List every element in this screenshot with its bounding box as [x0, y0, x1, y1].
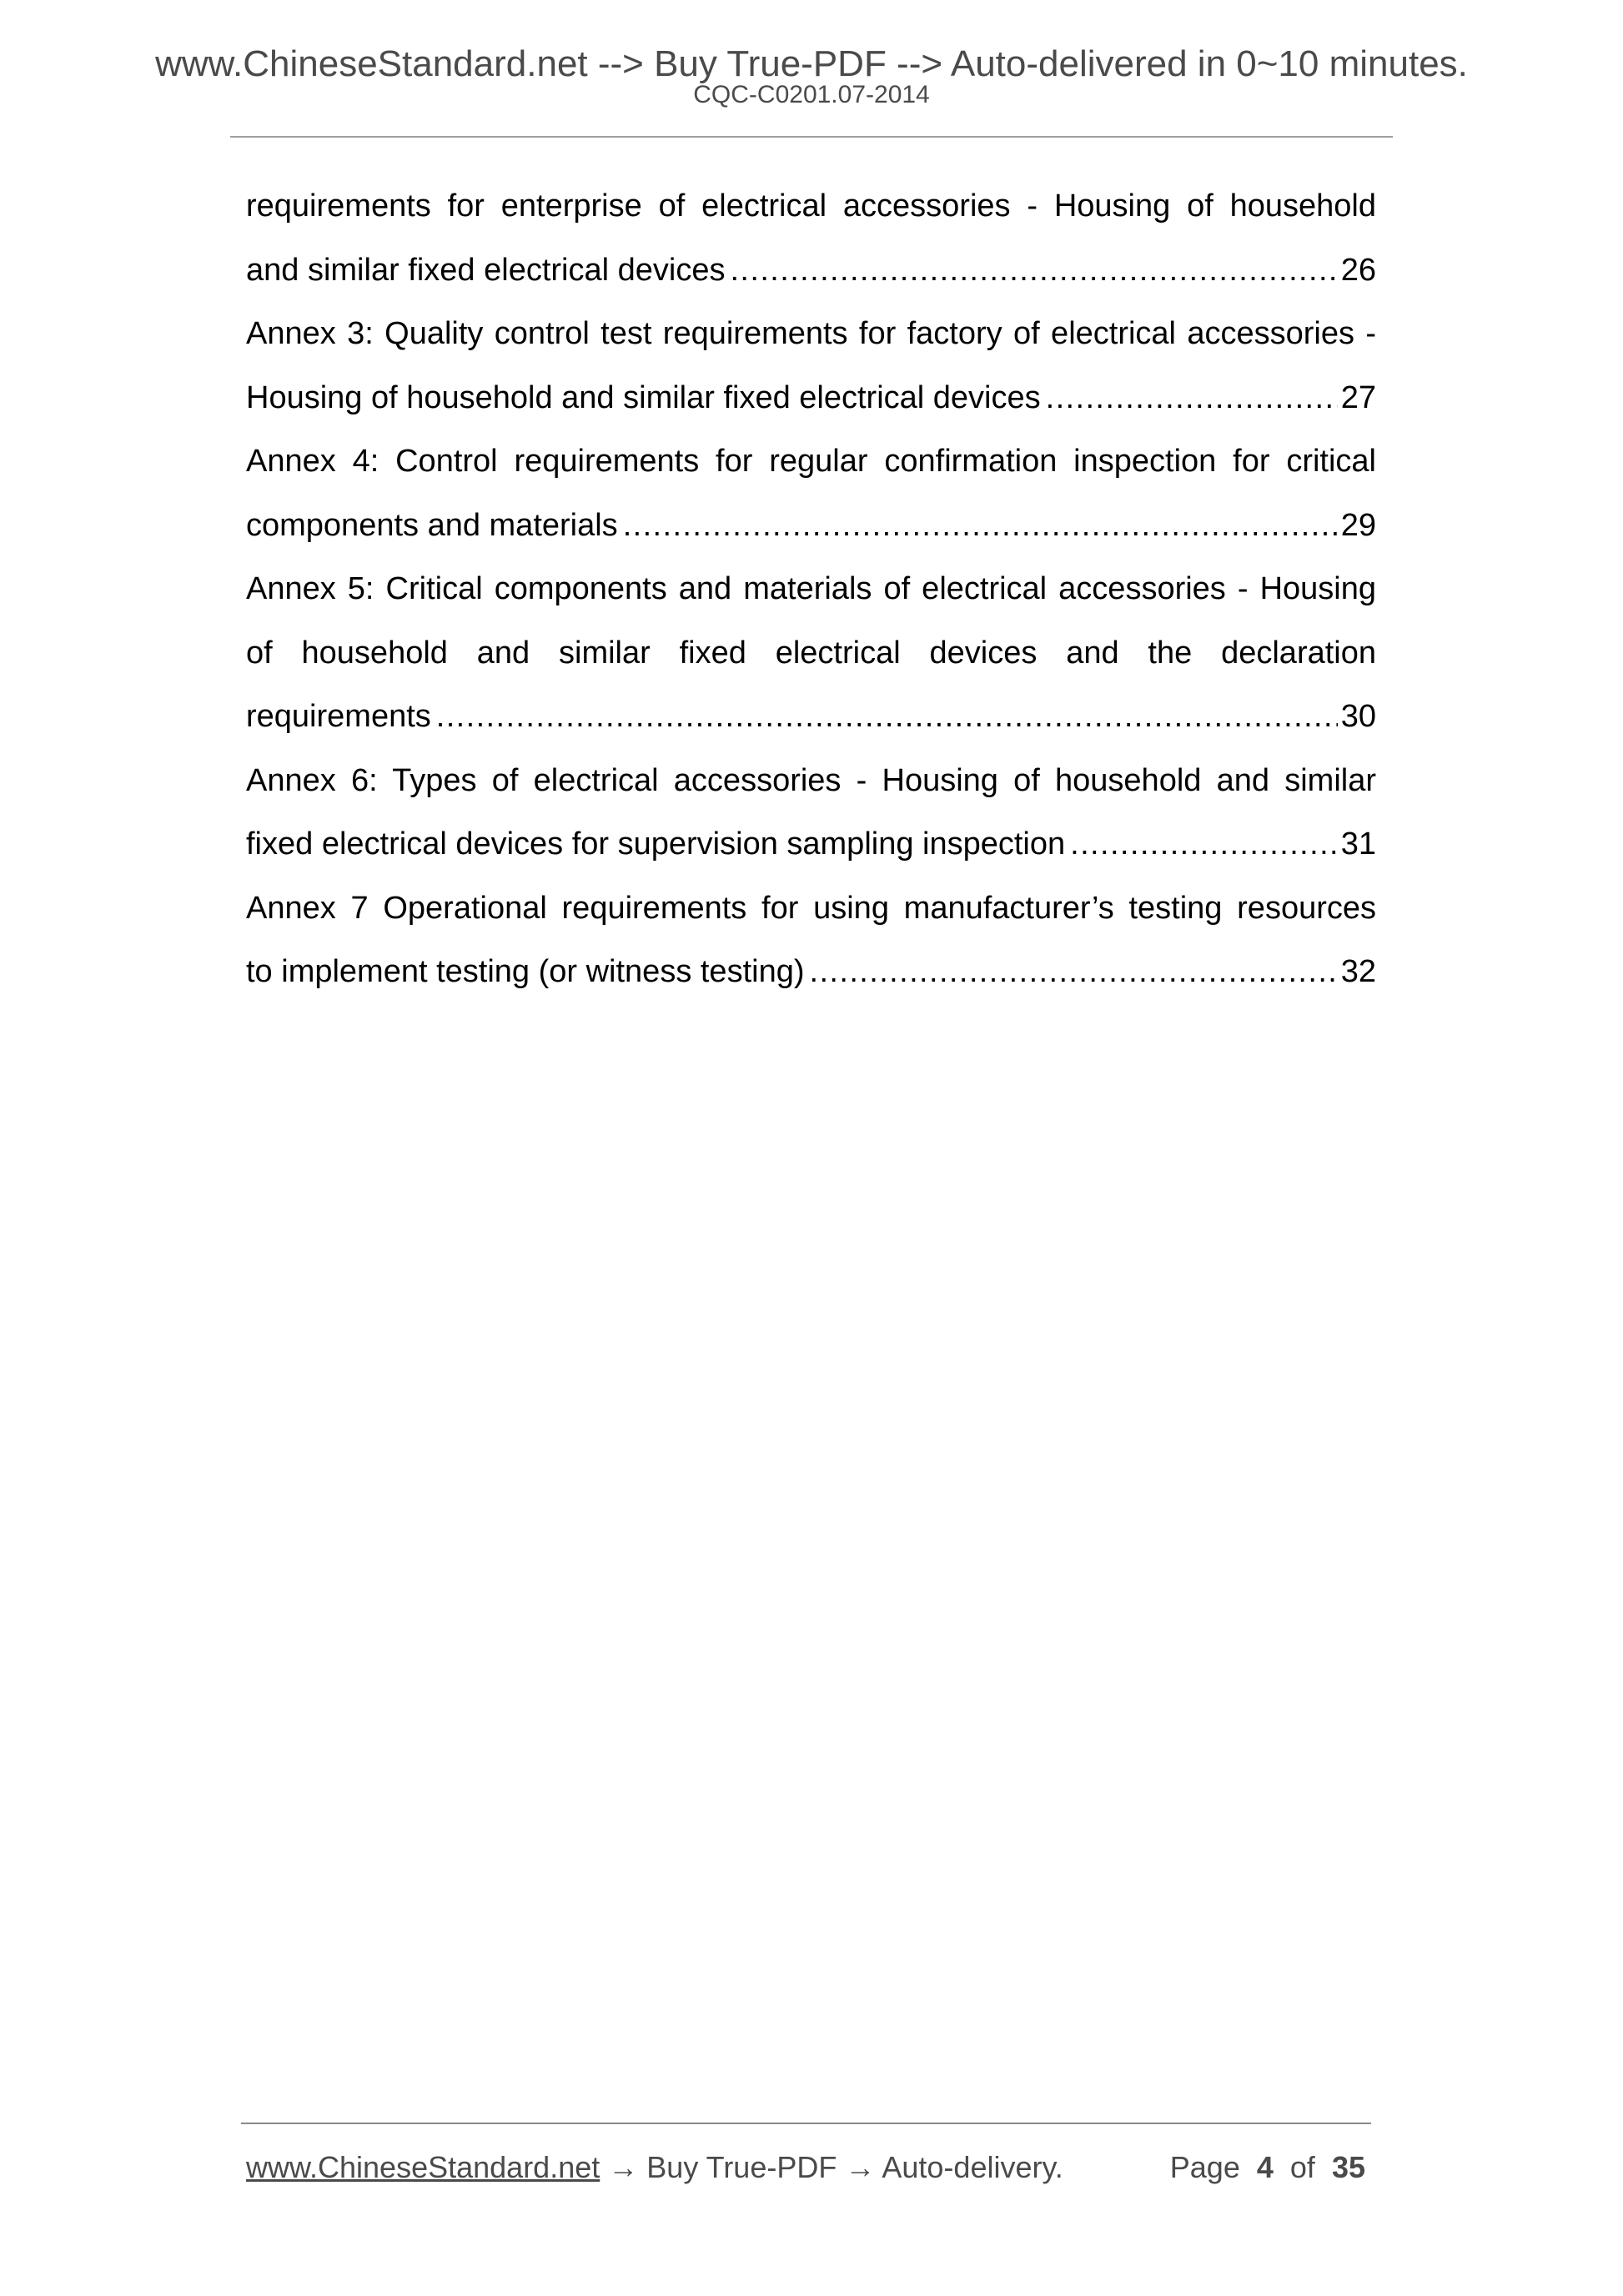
- toc-page-number: 30: [1341, 696, 1376, 737]
- toc-page-number: 26: [1341, 249, 1376, 291]
- dot-leader: [1046, 377, 1338, 419]
- toc-entry[interactable]: Housing of household and similar fixed e…: [246, 377, 1376, 441]
- toc-text: Annex 6: Types of electrical accessories…: [246, 763, 1376, 798]
- delivery-text: Auto-delivery.: [882, 2150, 1063, 2184]
- dot-leader: [730, 249, 1337, 291]
- dot-leader: [623, 505, 1338, 546]
- toc-text: components and materials: [246, 505, 618, 546]
- toc-entry[interactable]: and similar fixed electrical devices26: [246, 249, 1376, 314]
- toc-page-number: 31: [1341, 823, 1376, 865]
- toc-text: of household and similar fixed electrica…: [246, 636, 1376, 671]
- header-divider: [230, 136, 1393, 138]
- current-page: 4: [1257, 2150, 1274, 2184]
- page-of: of: [1290, 2150, 1315, 2184]
- dot-leader: [810, 951, 1338, 992]
- toc-text: Annex 5: Critical components and materia…: [246, 571, 1376, 606]
- toc-text: and similar fixed electrical devices: [246, 249, 725, 291]
- arrow-right-icon: →: [608, 2150, 638, 2184]
- toc-text: Annex 7 Operational requirements for usi…: [246, 891, 1376, 926]
- header-banner: www.ChineseStandard.net --> Buy True-PDF…: [0, 43, 1623, 85]
- toc-text: requirements for enterprise of electrica…: [246, 188, 1376, 224]
- toc-entry[interactable]: components and materials29: [246, 505, 1376, 569]
- toc-text: Housing of household and similar fixed e…: [246, 377, 1041, 419]
- toc-line: Annex 3: Quality control test requiremen…: [246, 313, 1376, 377]
- toc-line: Annex 5: Critical components and materia…: [246, 568, 1376, 632]
- footer: www.ChineseStandard.net → Buy True-PDF →…: [246, 2150, 1368, 2185]
- toc-text: fixed electrical devices for supervision…: [246, 823, 1065, 865]
- toc-page-number: 32: [1341, 951, 1376, 992]
- toc-line: Annex 4: Control requirements for regula…: [246, 440, 1376, 505]
- toc-text: to implement testing (or witness testing…: [246, 951, 805, 992]
- toc-page-number: 27: [1341, 377, 1376, 419]
- toc-text: requirements: [246, 696, 431, 737]
- page-label: Page: [1170, 2150, 1240, 2184]
- table-of-contents: requirements for enterprise of electrica…: [246, 185, 1376, 1015]
- buy-text: Buy True-PDF: [646, 2150, 837, 2184]
- toc-entry[interactable]: to implement testing (or witness testing…: [246, 951, 1376, 1015]
- total-pages: 35: [1332, 2150, 1365, 2184]
- toc-line: Annex 7 Operational requirements for usi…: [246, 887, 1376, 952]
- toc-line: Annex 6: Types of electrical accessories…: [246, 760, 1376, 824]
- document-code: CQC-C0201.07-2014: [0, 81, 1623, 109]
- toc-page-number: 29: [1341, 505, 1376, 546]
- toc-entry[interactable]: fixed electrical devices for supervision…: [246, 823, 1376, 887]
- page-indicator: Page 4 of 35: [1170, 2150, 1365, 2185]
- dot-leader: [1070, 823, 1338, 865]
- footer-divider: [241, 2123, 1371, 2124]
- dot-leader: [436, 696, 1338, 737]
- toc-entry[interactable]: requirements30: [246, 696, 1376, 760]
- toc-text: Annex 4: Control requirements for regula…: [246, 444, 1376, 479]
- toc-line: of household and similar fixed electrica…: [246, 632, 1376, 696]
- toc-text: Annex 3: Quality control test requiremen…: [246, 316, 1376, 351]
- arrow-right-icon: →: [845, 2150, 875, 2184]
- toc-line: requirements for enterprise of electrica…: [246, 185, 1376, 249]
- site-link[interactable]: www.ChineseStandard.net: [246, 2150, 600, 2184]
